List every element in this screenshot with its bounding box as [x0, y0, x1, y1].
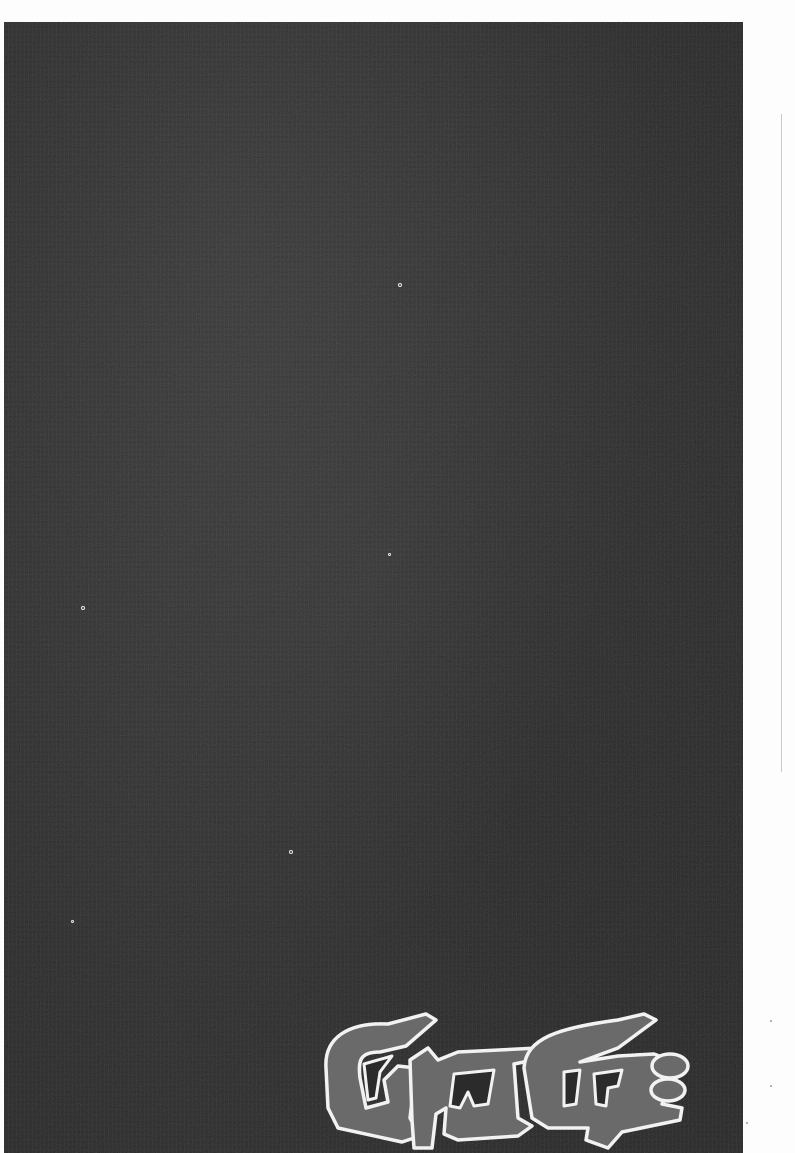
scan-speck — [746, 1122, 748, 1124]
dust-speck — [398, 283, 402, 287]
paper-grain-texture — [4, 22, 743, 1153]
graffiti-logo: ฟ้าใส: — [318, 1008, 698, 1153]
dark-cover-panel — [4, 22, 743, 1153]
graffiti-logo-icon — [318, 1008, 698, 1153]
scanned-page: ฟ้าใส: — [0, 0, 795, 1153]
margin-line — [781, 114, 782, 772]
dust-speck — [289, 850, 293, 854]
dust-speck — [81, 606, 85, 610]
dust-speck — [388, 553, 391, 556]
scan-speck — [770, 1020, 772, 1022]
scan-speck — [770, 1085, 772, 1087]
dust-speck — [71, 920, 74, 923]
